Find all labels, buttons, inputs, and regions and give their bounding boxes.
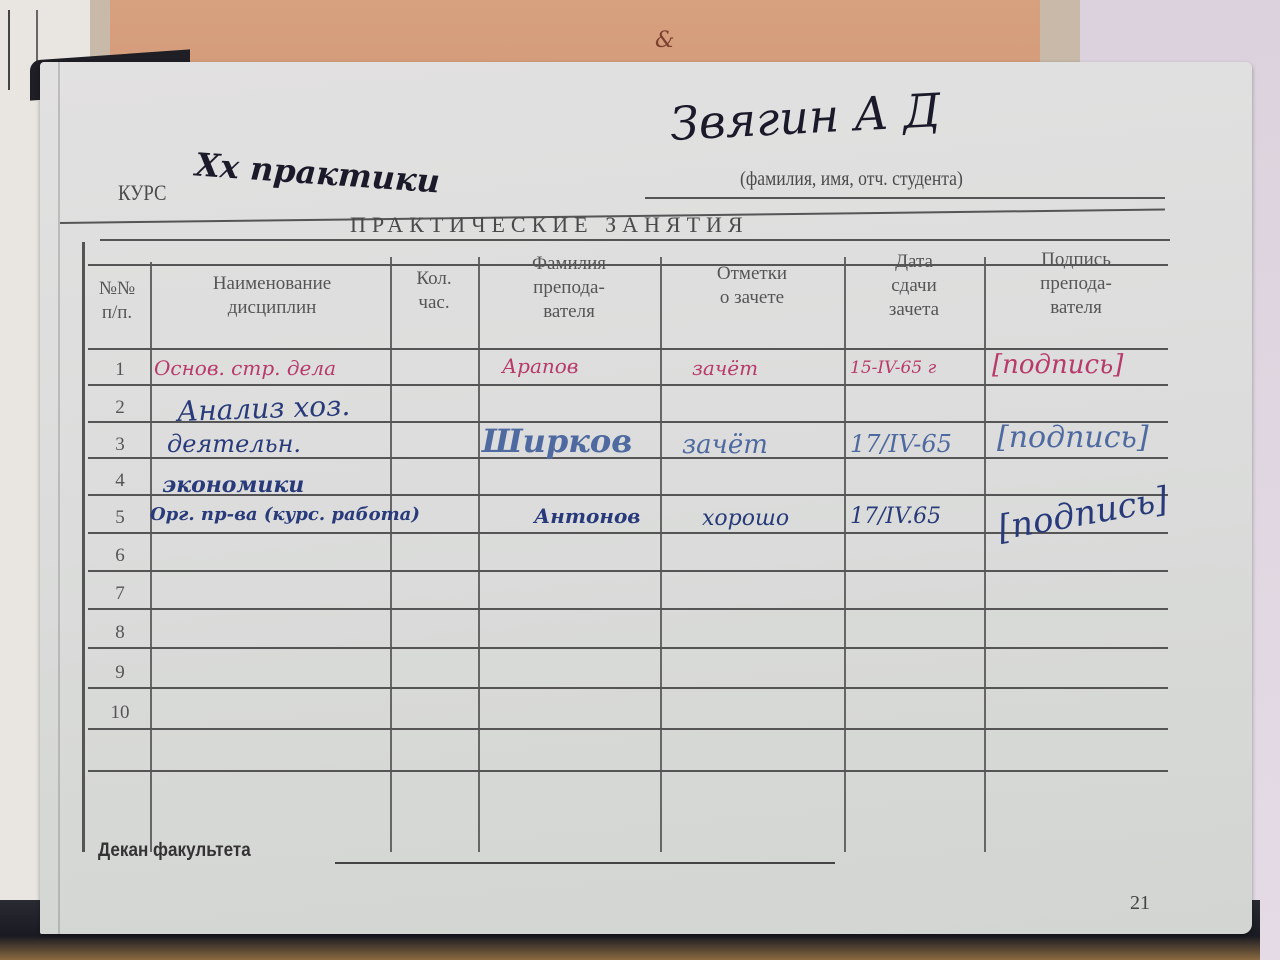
row-number: 8 xyxy=(90,622,150,644)
row-number: 10 xyxy=(90,702,150,724)
header-line: Подпись xyxy=(986,248,1166,272)
row5-discipline: Орг. пр-ва (курс. работа) xyxy=(150,504,420,525)
student-name-handwritten: Звягин А Д xyxy=(669,83,942,151)
course-value-handwritten: Хх практики xyxy=(194,145,441,200)
row5-teacher: Антонов xyxy=(534,504,640,528)
column-divider xyxy=(478,257,480,852)
row5-date: 17/IV.65 xyxy=(850,504,941,529)
header-line: препода- xyxy=(986,272,1166,296)
header-teacher: Фамилия препода- вателя xyxy=(480,252,658,324)
dean-signature-line xyxy=(335,862,835,864)
page-fold xyxy=(58,62,60,934)
row3-mark: зачёт xyxy=(682,430,768,460)
row4-discipline: экономики xyxy=(162,472,304,498)
column-divider xyxy=(150,262,152,852)
header-line: препода- xyxy=(480,276,658,300)
row-line xyxy=(88,384,1168,386)
background-orange-paper: & xyxy=(110,0,1040,70)
column-divider xyxy=(844,257,846,852)
header-top-line xyxy=(88,264,1168,266)
row-line xyxy=(88,687,1168,689)
header-line: час. xyxy=(392,291,476,315)
student-name-line xyxy=(645,197,1165,199)
row-number: 9 xyxy=(90,662,150,684)
row1-discipline: Основ. стр. дела xyxy=(154,356,336,380)
header-mark: Отметки о зачете xyxy=(662,262,842,310)
section-title: ПРАКТИЧЕСКИЕ ЗАНЯТИЯ xyxy=(350,212,749,238)
row3-date: 17/IV-65 xyxy=(850,430,952,458)
header-line: №№ xyxy=(87,277,147,301)
row5-signature: [подпись] xyxy=(995,479,1171,548)
row-number: 5 xyxy=(90,507,150,529)
student-name-caption: (фамилия, имя, отч. студента) xyxy=(740,168,963,191)
column-divider xyxy=(984,257,986,852)
table-left-border xyxy=(82,242,85,852)
practical-classes-table: №№ п/п. Наименование дисциплин Кол. час.… xyxy=(82,242,1172,852)
header-discipline: Наименование дисциплин xyxy=(154,272,390,320)
row1-mark: зачёт xyxy=(692,356,758,380)
row-number: 6 xyxy=(90,545,150,567)
row3-teacher: Шиpков xyxy=(482,422,632,460)
header-num: №№ п/п. xyxy=(87,277,147,325)
course-label: КУРС xyxy=(118,180,166,206)
header-date: Дата сдачи зачета xyxy=(846,250,982,322)
row-number: 3 xyxy=(90,434,150,456)
header-signature: Подпись препода- вателя xyxy=(986,248,1166,320)
header-line: вателя xyxy=(480,300,658,324)
header-line: сдачи xyxy=(846,274,982,298)
row1-teacher: Арапов xyxy=(502,354,578,378)
header-line: Кол. xyxy=(392,267,476,291)
header-hours: Кол. час. xyxy=(392,267,476,315)
row5-mark: хорошо xyxy=(702,506,789,531)
header-line: Наименование xyxy=(154,272,390,296)
row-number: 2 xyxy=(90,397,150,419)
row1-date: 15-IV-65 г xyxy=(850,358,936,378)
header-line: п/п. xyxy=(87,301,147,325)
row-number: 1 xyxy=(90,359,150,381)
section-title-line xyxy=(100,239,1170,241)
row-line xyxy=(88,647,1168,649)
header-line: дисциплин xyxy=(154,296,390,320)
row-line xyxy=(88,608,1168,610)
dean-label: Декан факультета xyxy=(98,840,251,862)
row-number: 7 xyxy=(90,583,150,605)
row3-signature: [подпись] xyxy=(997,420,1149,455)
row3-discipline: деятельн. xyxy=(167,430,301,458)
column-divider xyxy=(390,257,392,852)
record-book-page: КУРС Хх практики Звягин А Д (фамилия, им… xyxy=(40,62,1252,934)
page-number: 21 xyxy=(1130,892,1150,915)
column-divider xyxy=(660,257,662,852)
row-line xyxy=(88,570,1168,572)
header-line: о зачете xyxy=(662,286,842,310)
row1-signature: [подпись] xyxy=(992,350,1123,380)
header-line: Дата xyxy=(846,250,982,274)
row-line xyxy=(88,728,1168,730)
header-line: зачета xyxy=(846,298,982,322)
row-line xyxy=(88,770,1168,772)
header-line: вателя xyxy=(986,296,1166,320)
row2-discipline: Анализ хоз. xyxy=(176,389,350,428)
row-number: 4 xyxy=(90,470,150,492)
background-handwritten-mark: & xyxy=(655,28,675,53)
